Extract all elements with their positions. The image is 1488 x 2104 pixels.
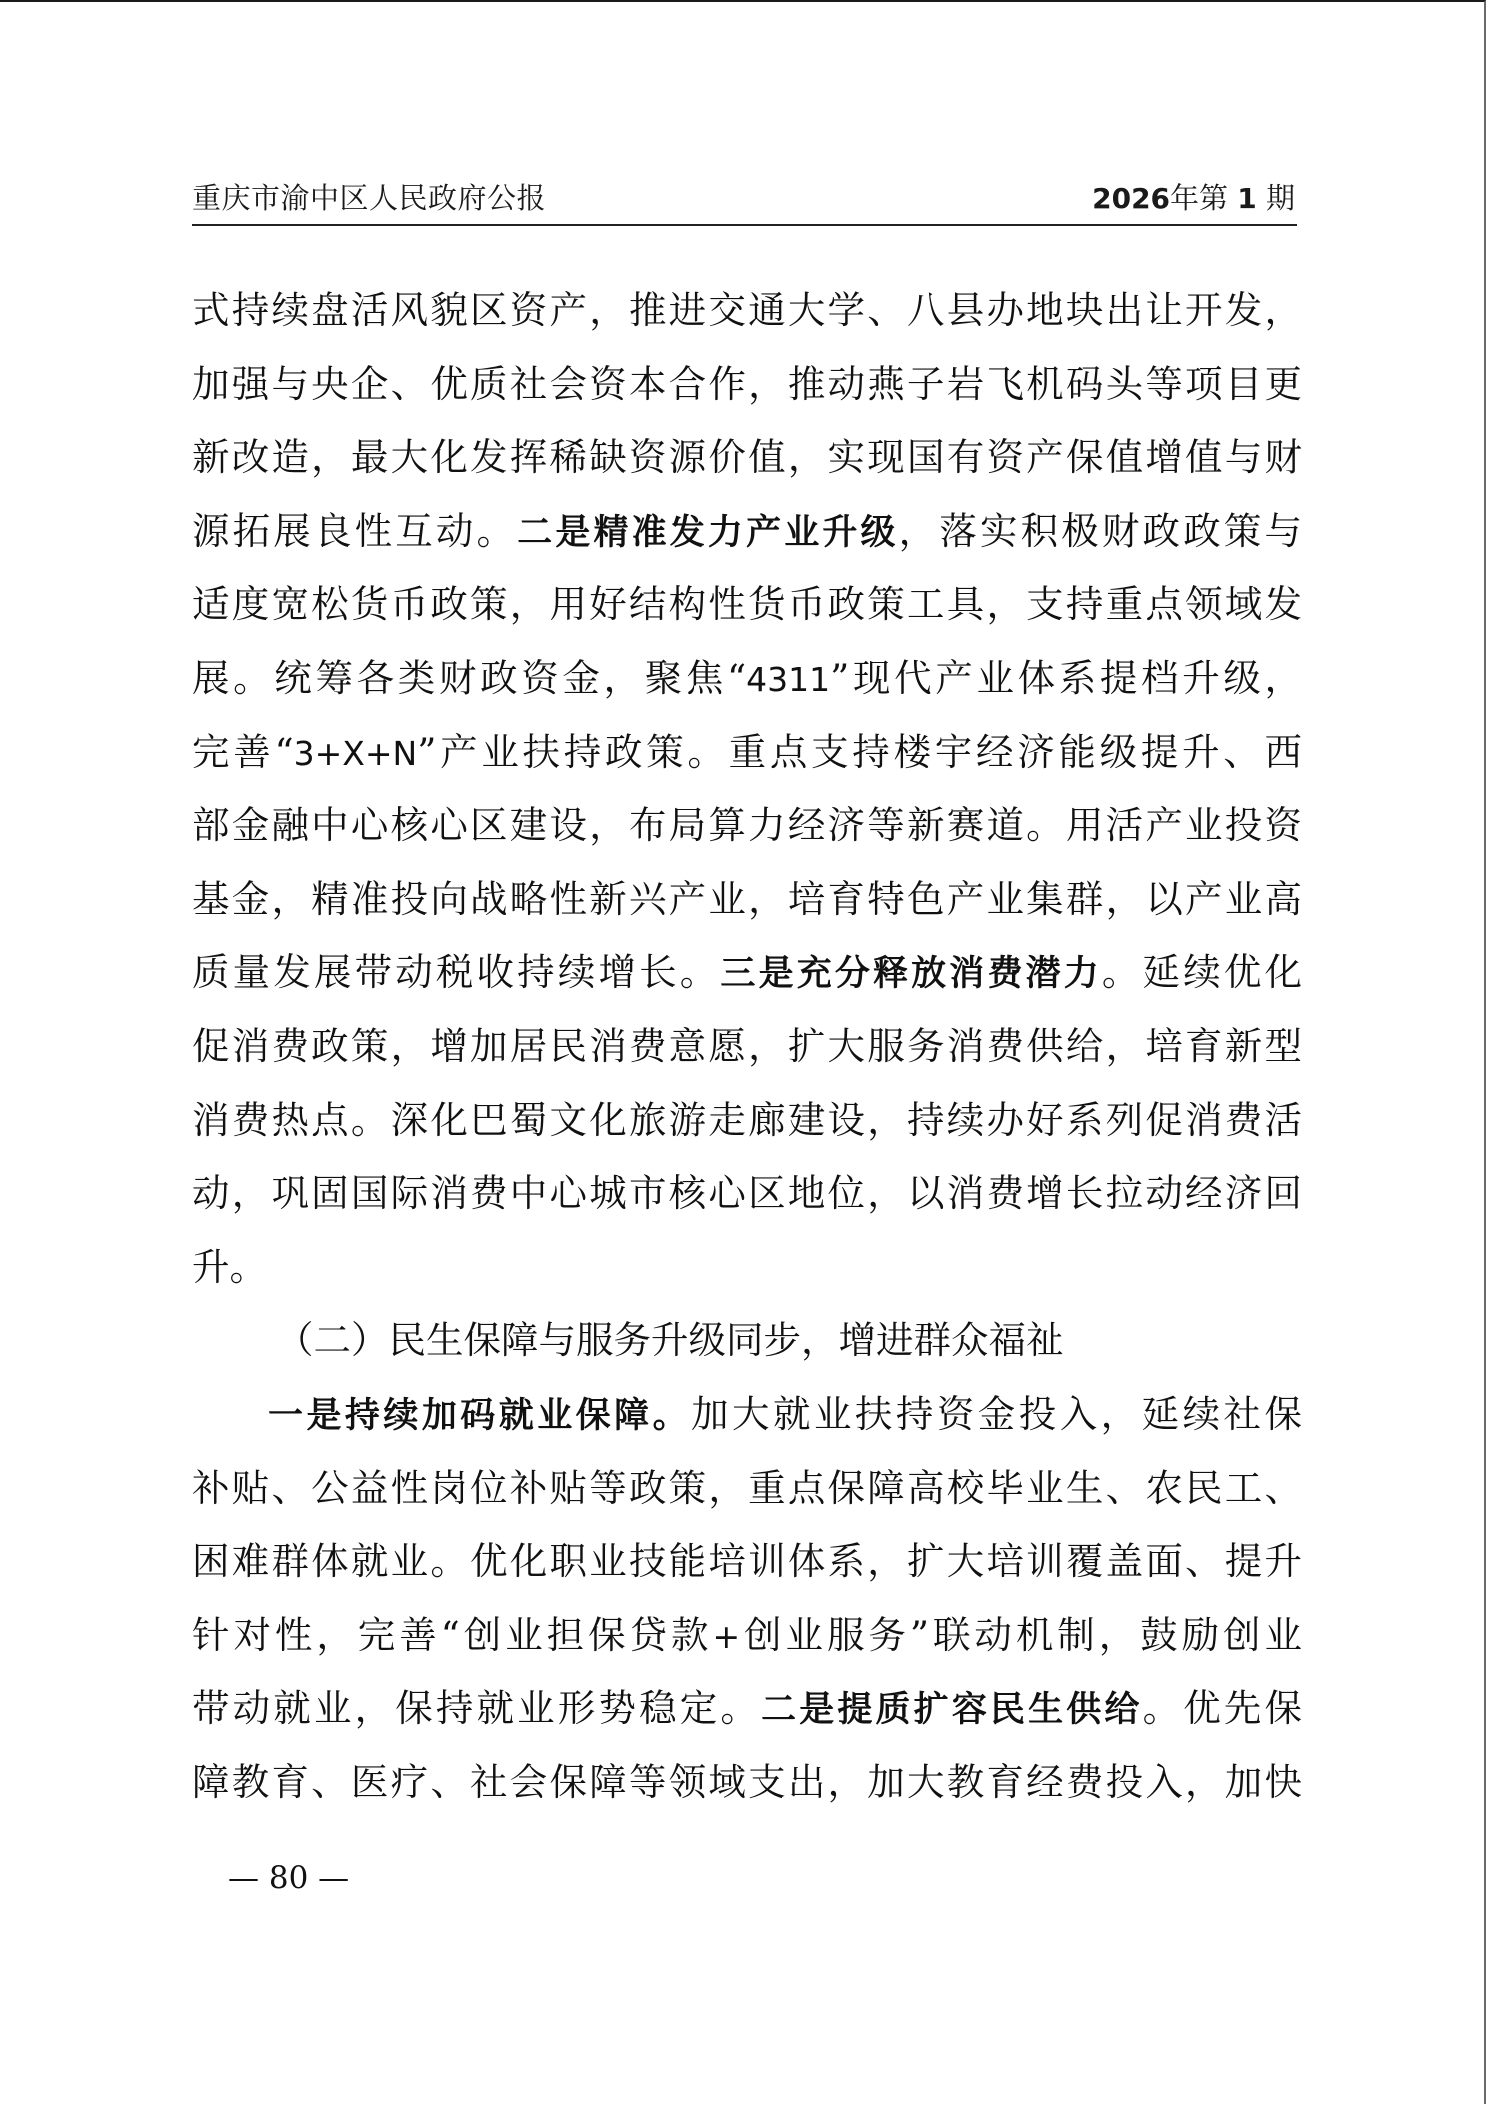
text-line: 适度宽松货币政策，用好结构性货币政策工具，支持重点领域发 — [192, 576, 1302, 650]
text-segment: 适度宽松货币政策，用好结构性货币政策工具，支持重点领域发 — [192, 582, 1302, 626]
text-line: 展。统筹各类财政资金，聚焦“4311”现代产业体系提档升级， — [192, 650, 1302, 724]
text-line: 困难群体就业。优化职业技能培训体系，扩大培训覆盖面、提升 — [192, 1533, 1302, 1607]
text-line: 质量发展带动税收持续增长。三是充分释放消费潜力。延续优化 — [192, 944, 1302, 1018]
text-segment: 3+X+N — [294, 734, 418, 773]
text-segment: + — [712, 1617, 740, 1656]
text-line: 障教育、医疗、社会保障等领域支出，加大教育经费投入，加快 — [192, 1754, 1302, 1828]
text-segment: （二）民生保障与服务升级同步，增进群众福祉 — [276, 1318, 1064, 1362]
text-line: 基金，精准投向战略性新兴产业，培育特色产业集群，以产业高 — [192, 871, 1302, 945]
text-segment: 障教育、医疗、社会保障等领域支出，加大教育经费投入，加快 — [192, 1760, 1302, 1804]
issue-number: 1 — [1237, 182, 1256, 215]
text-line: 促消费政策，增加居民消费意愿，扩大服务消费供给，培育新型 — [192, 1018, 1302, 1092]
bold-lead-phrase: 二是提质扩容民生供给 — [761, 1690, 1142, 1730]
text-segment: 4311 — [746, 660, 830, 699]
issue-label: 2026年第 1 期 — [1092, 178, 1295, 219]
bold-lead-phrase: 一是持续加码就业保障。 — [268, 1396, 691, 1436]
text-segment: 加大就业扶持资金投入，延续社保 — [691, 1392, 1302, 1436]
text-line: 部金融中心核心区建设，布局算力经济等新赛道。用活产业投资 — [192, 797, 1302, 871]
issue-suffix: 期 — [1266, 181, 1295, 215]
text-line: 动，巩固国际消费中心城市核心区地位，以消费增长拉动经济回 — [192, 1165, 1302, 1239]
text-line: 一是持续加码就业保障。加大就业扶持资金投入，延续社保 — [192, 1386, 1302, 1460]
text-line: 完善“3+X+N”产业扶持政策。重点支持楼宇经济能级提升、西 — [192, 724, 1302, 798]
text-segment: 消费热点。深化巴蜀文化旅游走廊建设，持续办好系列促消费活 — [192, 1098, 1302, 1142]
text-line: 针对性，完善“创业担保贷款+创业服务”联动机制，鼓励创业 — [192, 1607, 1302, 1681]
text-segment: 完善“ — [192, 730, 294, 774]
text-segment: 新改造，最大化发挥稀缺资源价值，实现国有资产保值增值与财 — [192, 435, 1302, 479]
text-line: 新改造，最大化发挥稀缺资源价值，实现国有资产保值增值与财 — [192, 429, 1302, 503]
publication-title: 重庆市渝中区人民政府公报 — [192, 178, 546, 218]
text-segment: 。优先保 — [1143, 1686, 1302, 1730]
page-number: — 80 — — [228, 1856, 349, 1900]
text-segment: 基金，精准投向战略性新兴产业，培育特色产业集群，以产业高 — [192, 877, 1302, 921]
text-segment: 补贴、公益性岗位补贴等政策，重点保障高校毕业生、农民工、 — [192, 1466, 1302, 1510]
bold-lead-phrase: 二是精准发力产业升级 — [517, 513, 898, 553]
text-segment: 式持续盘活风貌区资产，推进交通大学、八县办地块出让开发， — [192, 288, 1302, 332]
text-segment: 源拓展良性互动。 — [192, 509, 517, 553]
text-segment: 创业服务”联动机制，鼓励创业 — [740, 1613, 1302, 1657]
text-segment: 动，巩固国际消费中心城市核心区地位，以消费增长拉动经济回 — [192, 1171, 1302, 1215]
text-line: 式持续盘活风貌区资产，推进交通大学、八县办地块出让开发， — [192, 282, 1302, 356]
text-segment: 质量发展带动税收持续增长。 — [192, 950, 720, 994]
text-line: 带动就业，保持就业形势稳定。二是提质扩容民生供给。优先保 — [192, 1680, 1302, 1754]
text-segment: 带动就业，保持就业形势稳定。 — [192, 1686, 761, 1730]
text-segment: ”产业扶持政策。重点支持楼宇经济能级提升、西 — [417, 730, 1302, 774]
section-heading: （二）民生保障与服务升级同步，增进群众福祉 — [192, 1312, 1302, 1386]
text-segment: ”现代产业体系提档升级， — [830, 656, 1302, 700]
text-line: 源拓展良性互动。二是精准发力产业升级，落实积极财政政策与 — [192, 503, 1302, 577]
text-segment: 部金融中心核心区建设，布局算力经济等新赛道。用活产业投资 — [192, 803, 1302, 847]
running-header: 重庆市渝中区人民政府公报 2026年第 1 期 — [192, 178, 1297, 226]
text-segment: ，落实积极财政政策与 — [899, 509, 1302, 553]
text-line: 升。 — [192, 1239, 1302, 1313]
text-segment: 。延续优化 — [1102, 950, 1302, 994]
text-segment: 促消费政策，增加居民消费意愿，扩大服务消费供给，培育新型 — [192, 1024, 1302, 1068]
issue-year-suffix: 年第 — [1170, 181, 1228, 215]
text-segment: 针对性，完善“创业担保贷款 — [192, 1613, 712, 1657]
text-segment: 升。 — [192, 1245, 267, 1289]
text-segment: 展。统筹各类财政资金，聚焦“ — [192, 656, 746, 700]
text-line: 消费热点。深化巴蜀文化旅游走廊建设，持续办好系列促消费活 — [192, 1092, 1302, 1166]
text-line: 补贴、公益性岗位补贴等政策，重点保障高校毕业生、农民工、 — [192, 1460, 1302, 1534]
text-line: 加强与央企、优质社会资本合作，推动燕子岩飞机码头等项目更 — [192, 356, 1302, 430]
text-segment: 加强与央企、优质社会资本合作，推动燕子岩飞机码头等项目更 — [192, 362, 1302, 406]
body-text: 式持续盘活风貌区资产，推进交通大学、八县办地块出让开发，加强与央企、优质社会资本… — [192, 282, 1302, 1827]
issue-year: 2026 — [1092, 182, 1170, 215]
bold-lead-phrase: 三是充分释放消费潜力 — [720, 954, 1101, 994]
text-segment: 困难群体就业。优化职业技能培训体系，扩大培训覆盖面、提升 — [192, 1539, 1302, 1583]
